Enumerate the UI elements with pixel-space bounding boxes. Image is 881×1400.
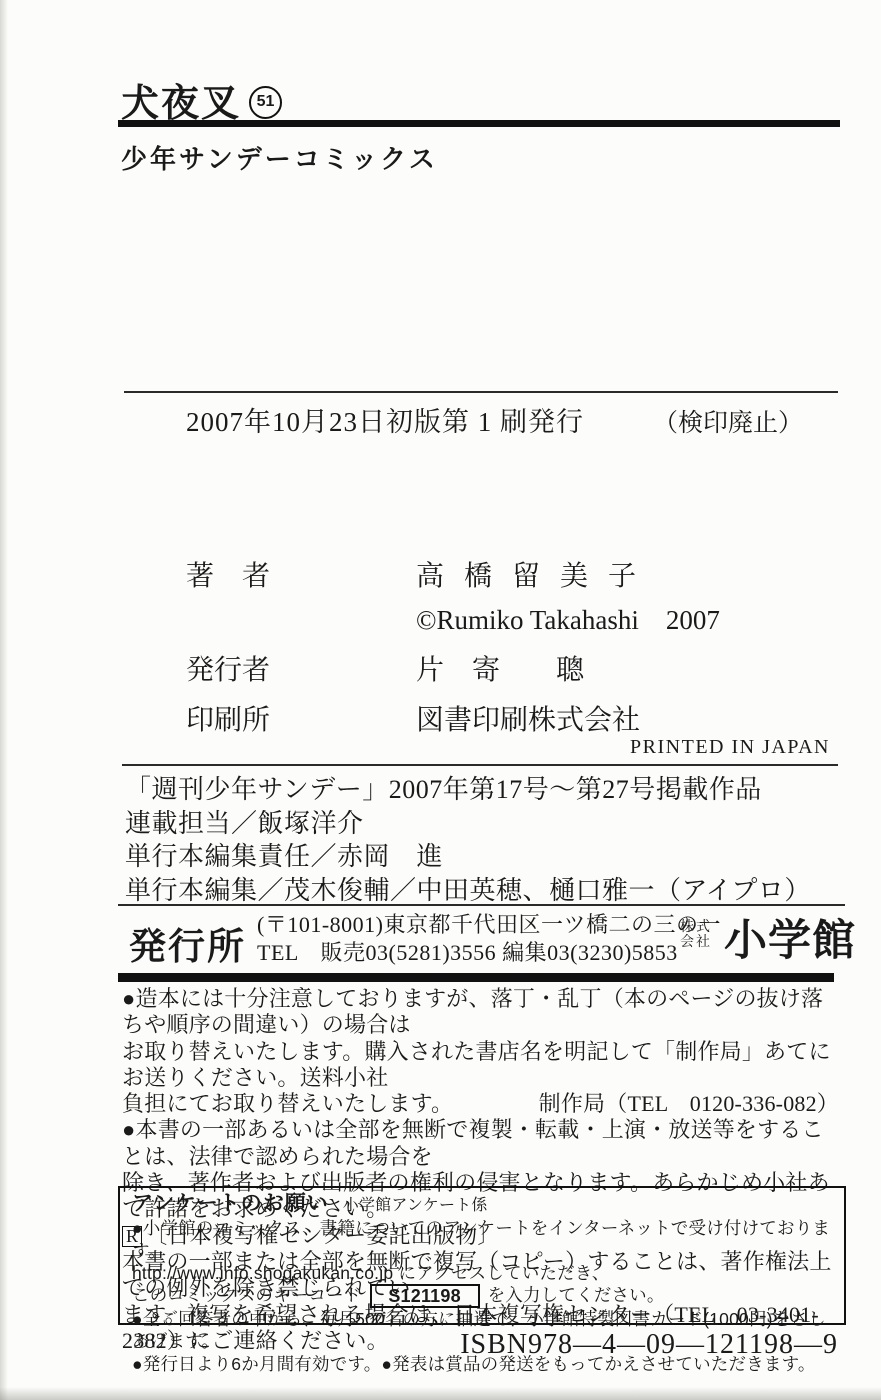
survey-header: アンケートのお願い小学館アンケート係 <box>132 1193 832 1217</box>
title-rule <box>118 120 840 127</box>
serial-rule-top <box>122 764 838 766</box>
edition-date: 2007年10月23日初版第 1 刷発行 <box>186 400 584 439</box>
publisher-label: 発行所 <box>129 916 246 970</box>
printer-name: 図書印刷株式会社 <box>416 698 640 738</box>
binding-contact: 制作局（TEL 0120-336-082） <box>539 1091 839 1117</box>
survey-line1: ●小学館のコミックス、書籍についてのアンケートをインターネットで受け付けておりま… <box>132 1217 832 1262</box>
publisher-name: 小学館 <box>724 907 856 968</box>
binding-notice-text: 負担にてお取り替えいたします。 <box>122 1091 453 1117</box>
colophon-page: 犬夜叉 51 少年サンデーコミックス 2007年10月23日初版第 1 刷発行 … <box>0 0 881 1400</box>
issuer-label: 発行者 <box>186 648 270 688</box>
book-title: 犬夜叉 <box>121 72 241 127</box>
printer-label: 印刷所 <box>186 698 270 738</box>
copyright-notice-line1: ●本書の一部あるいは全部を無断で複製・転載・上演・放送等をすることは、法律で認め… <box>122 1117 839 1170</box>
title-block: 犬夜叉 51 <box>121 72 282 127</box>
survey-dept: 小学館アンケート係 <box>343 1197 488 1214</box>
keycode-box: S121198 <box>370 1284 480 1308</box>
serialization-source: 「週刊少年サンデー」2007年第17号～第27号掲載作品 <box>125 773 811 807</box>
survey-line2: http://www.info.shogakukan.co.jp にアクセスして… <box>132 1262 832 1284</box>
volume-editors-credit: 単行本編集／茂木俊輔／中田英穂、樋口雅一（アイプロ） <box>125 874 811 908</box>
isbn-number: ISBN978—4—09—121198—9 <box>460 1329 838 1361</box>
binding-notice-line3: 負担にてお取り替えいたします。 制作局（TEL 0120-336-082） <box>122 1091 839 1117</box>
author-name: 高橋留美子 <box>416 554 656 594</box>
publisher-address-line2: TEL 販売03(5281)3556 編集03(3230)5853 <box>257 939 721 967</box>
survey-title: アンケートのお願い <box>132 1192 329 1215</box>
publisher-rule <box>118 973 834 982</box>
serial-editor-credit: 連載担当／飯塚洋介 <box>125 807 811 841</box>
corp-prefix-bottom: 会社 <box>680 934 712 949</box>
binding-notice-line1: ●造本には十分注意しておりますが、落丁・乱丁（本のページの抜け落ちや順序の間違い… <box>122 986 839 1039</box>
author-label: 著 者 <box>186 554 270 594</box>
corp-prefix-top: 株式 <box>680 919 712 934</box>
volume-badge: 51 <box>249 86 282 119</box>
printed-in-japan: PRINTED IN JAPAN <box>630 736 830 759</box>
series-name: 少年サンデーコミックス <box>121 139 438 176</box>
keycode-label: このコミックスのキーコード <box>132 1285 362 1305</box>
publisher-address: (〒101-8001)東京都千代田区一ツ橋二の三の一 TEL 販売03(5281… <box>257 911 721 967</box>
publisher-address-line1: (〒101-8001)東京都千代田区一ツ橋二の三の一 <box>257 911 721 939</box>
stamp-note: （検印廃止） <box>653 403 803 439</box>
serialization-block: 「週刊少年サンデー」2007年第17号～第27号掲載作品 連載担当／飯塚洋介 単… <box>125 773 811 907</box>
binding-notice-line2: お取り替えいたします。購入された書店名を明記して「制作局」あてにお送りください。… <box>122 1039 839 1092</box>
serial-rule-bottom <box>118 904 845 906</box>
scan-edge-bottom <box>0 1387 881 1400</box>
survey-keycode-line: このコミックスのキーコードS121198を入力してください。 <box>132 1284 832 1308</box>
issuer-name: 片 寄 聰 <box>416 648 584 688</box>
scan-edge-left <box>0 0 8 1400</box>
copyright-line: ©Rumiko Takahashi 2007 <box>416 598 720 637</box>
edition-rule <box>124 391 838 393</box>
corp-prefix: 株式 会社 <box>680 919 712 949</box>
keycode-suffix: を入力してください。 <box>488 1285 665 1305</box>
volume-chief-credit: 単行本編集責任／赤岡 進 <box>125 840 811 874</box>
survey-box: アンケートのお願い小学館アンケート係 ●小学館のコミックス、書籍についてのアンケ… <box>118 1186 846 1325</box>
